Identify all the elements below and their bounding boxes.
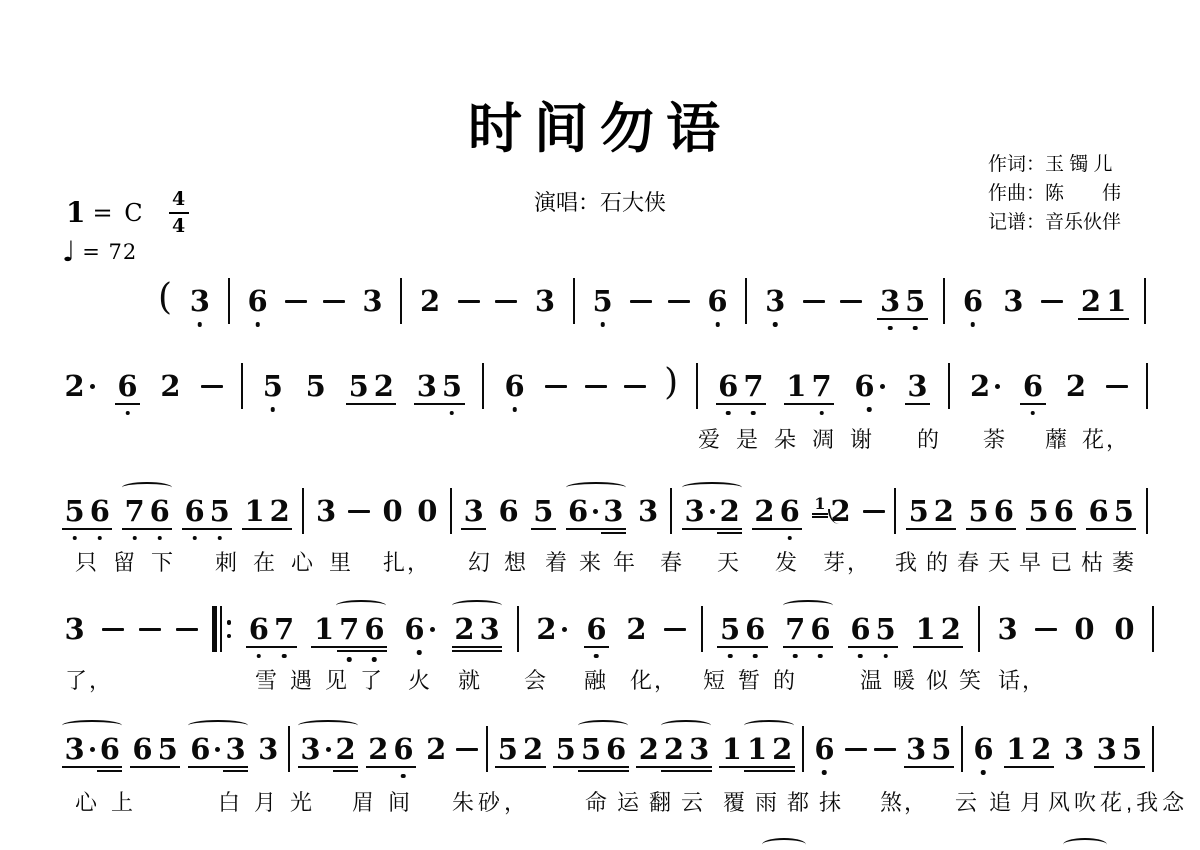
underline-eighth	[414, 403, 439, 405]
note-digit: 2	[941, 615, 961, 644]
note-digit: 3	[65, 615, 85, 644]
lyrics-line-4: 心上白月光眉间朱砂，命运翻云覆雨都抹煞，云追月风吹花,我念	[0, 786, 1200, 816]
note-digit: 2	[1031, 735, 1051, 764]
underline-eighth	[784, 403, 809, 405]
low-octave-dot	[913, 326, 918, 331]
note-group: 6	[971, 735, 996, 764]
note-digit: 5	[442, 372, 462, 401]
duration-dash	[1106, 385, 1128, 388]
note: 5	[207, 497, 232, 526]
low-octave-dot	[125, 411, 130, 416]
underline-eighth	[62, 766, 97, 768]
note: 2	[752, 497, 777, 526]
note-digit: 2	[639, 735, 659, 764]
note-group: 52	[906, 497, 956, 526]
note-group: 12	[812, 497, 853, 526]
note-group: 23	[452, 615, 502, 644]
low-octave-dot	[347, 657, 352, 662]
underline-sixteenth	[97, 770, 122, 772]
note-group: 0	[380, 497, 405, 526]
underline-eighth	[661, 766, 686, 768]
note-group: 17	[784, 372, 834, 401]
lyric-chunk: 我的春天早已枯萎	[895, 546, 1143, 577]
note-digit: 1	[314, 615, 334, 644]
underline-eighth	[1020, 403, 1045, 405]
note: 2	[636, 735, 661, 764]
barline	[400, 278, 402, 324]
low-octave-dot	[787, 536, 792, 541]
underline-eighth	[1026, 528, 1051, 530]
note: 5	[303, 372, 328, 401]
note-digit: 3	[258, 735, 278, 764]
note-digit: 2	[626, 615, 646, 644]
augmentation-dot	[326, 747, 331, 752]
barline	[978, 606, 980, 652]
duration-dash	[201, 385, 223, 388]
note: 3	[763, 287, 788, 316]
barline	[948, 363, 950, 409]
note: 2	[534, 615, 569, 644]
note-digit: 0	[1114, 615, 1134, 644]
duration-dash	[863, 510, 885, 513]
underline-eighth	[848, 646, 873, 648]
note-digit: 5	[263, 372, 283, 401]
lyric-chunk: 发	[775, 546, 797, 577]
duration-dash	[664, 628, 686, 631]
underline-sixteenth	[744, 770, 769, 772]
note-group: 3	[905, 372, 930, 401]
note: 3	[256, 735, 281, 764]
note: 6	[743, 615, 768, 644]
slur-arc	[682, 482, 742, 493]
slur-arc	[188, 720, 248, 731]
note: 6	[362, 615, 387, 644]
note-group: 2	[158, 372, 183, 401]
note: 1	[744, 735, 769, 764]
note-group: 3	[995, 615, 1020, 644]
lyric-chunk: 朱砂，	[452, 786, 530, 817]
note-digit: 6	[814, 735, 834, 764]
underline-eighth	[337, 646, 362, 648]
barline	[894, 488, 896, 534]
note-digit: 3	[603, 497, 623, 526]
note-group: 12	[1004, 735, 1054, 764]
note: 5	[873, 615, 898, 644]
note: 7	[809, 372, 834, 401]
note-digit: 7	[339, 615, 359, 644]
note-group: 3	[187, 287, 212, 316]
note-digit: 1	[244, 497, 264, 526]
lyric-chunk: 眉间	[352, 786, 424, 817]
lyric-chunk: 着来年	[545, 546, 647, 577]
note: 2	[333, 735, 358, 764]
low-octave-dot	[818, 654, 823, 659]
lyrics-line-3: 了，雪遇见了火就会融化，短暂的温暖似笑话，	[0, 664, 1200, 694]
underline-sixteenth	[687, 770, 712, 772]
note: 2	[424, 735, 449, 764]
note-group: 6	[402, 615, 437, 644]
underline-eighth	[267, 528, 292, 530]
note-group: 76	[783, 615, 833, 644]
note-digit: 3	[765, 287, 785, 316]
lyric-chunk: 只留下	[75, 546, 189, 577]
note-digit: 2	[831, 497, 851, 526]
note-digit: 1	[722, 735, 742, 764]
note: 2	[828, 497, 853, 526]
note: 6	[115, 372, 140, 401]
lyric-chunk: 煞，	[880, 786, 928, 817]
note: 3	[477, 615, 502, 644]
underline-eighth	[716, 403, 741, 405]
note-digit: 2	[65, 372, 85, 401]
underline-eighth	[604, 766, 629, 768]
underline-eighth	[741, 403, 766, 405]
lyric-chunk: 命运翻云	[585, 786, 713, 817]
note: 6	[87, 497, 112, 526]
note: 6	[496, 497, 521, 526]
note: 2	[661, 735, 686, 764]
note-digit: 6	[498, 497, 518, 526]
underline-eighth	[87, 528, 112, 530]
note-digit: 3	[316, 497, 336, 526]
note-digit: 6	[850, 615, 870, 644]
note: 3	[1001, 287, 1026, 316]
note-digit: 3	[1003, 287, 1023, 316]
note-digit: 1	[786, 372, 806, 401]
note-group: 3	[360, 287, 385, 316]
note: 3	[877, 287, 902, 316]
note-digit: 2	[160, 372, 180, 401]
augmentation-dot	[90, 747, 95, 752]
note-group: 3	[461, 497, 486, 526]
partial-slur-arc	[762, 838, 806, 850]
duration-dash	[624, 385, 646, 388]
repeat-thick-bar	[212, 606, 217, 652]
note: 2	[1063, 372, 1088, 401]
note: 3	[532, 287, 557, 316]
lyric-chunk: 火	[408, 664, 430, 695]
note-group: 223	[636, 735, 712, 764]
underline-eighth	[97, 766, 122, 768]
note-group: 35	[414, 372, 464, 401]
note-digit: 2	[1066, 372, 1086, 401]
note: 3	[414, 372, 439, 401]
note: 1	[784, 372, 809, 401]
note: 1	[1104, 287, 1129, 316]
note-digit: 5	[581, 735, 601, 764]
duration-dash	[495, 300, 517, 303]
note-group: 2	[534, 615, 569, 644]
lyric-chunk: 云追	[955, 786, 1023, 817]
low-octave-dot	[858, 654, 863, 659]
note: 3	[601, 497, 626, 526]
underline-eighth	[931, 528, 956, 530]
note-group: 5	[303, 372, 328, 401]
note-group: 26	[366, 735, 416, 764]
note-digit: 6	[718, 372, 738, 401]
underline-eighth	[770, 766, 795, 768]
note-digit: 2	[426, 735, 446, 764]
note-digit: 5	[498, 735, 518, 764]
note-group: 3	[532, 287, 557, 316]
duration-dash	[1035, 628, 1057, 631]
augmentation-dot	[880, 384, 885, 389]
note-digit: 1	[1006, 735, 1026, 764]
note-group: 65	[1086, 497, 1136, 526]
low-octave-dot	[981, 770, 986, 775]
note-digit: 5	[905, 287, 925, 316]
note-group: 6	[245, 287, 270, 316]
duration-dash	[456, 748, 478, 751]
underline-eighth	[1004, 766, 1029, 768]
note: 2	[520, 735, 545, 764]
note-group: 3	[314, 497, 339, 526]
lyric-chunk: 爱是朵凋谢	[698, 423, 888, 454]
note-group: 3	[636, 497, 661, 526]
note-group: 2	[62, 372, 97, 401]
note: 5	[1026, 497, 1051, 526]
duration-dash	[585, 385, 607, 388]
low-octave-dot	[819, 411, 824, 416]
music-line-4: 36717662326256766512300	[62, 600, 1154, 658]
note-group: 3	[1001, 287, 1026, 316]
lyric-chunk: 刺在心里	[215, 546, 367, 577]
note-digit: 6	[1089, 497, 1109, 526]
note-digit: 5	[969, 497, 989, 526]
note-digit: 0	[417, 497, 437, 526]
underline-eighth	[687, 766, 712, 768]
lyric-chunk: 花，	[1082, 423, 1130, 454]
note-digit: 6	[100, 735, 120, 764]
note-group: 5	[531, 497, 556, 526]
low-octave-dot	[773, 322, 778, 327]
note-group: 0	[1072, 615, 1097, 644]
lyric-chunk: 春	[660, 546, 682, 577]
note: 6	[147, 497, 172, 526]
note: 7	[271, 615, 296, 644]
underline-eighth	[115, 403, 140, 405]
note-group: 0	[415, 497, 440, 526]
underline-eighth	[682, 528, 717, 530]
note-digit: 6	[745, 615, 765, 644]
low-octave-dot	[257, 654, 262, 659]
note-group: 556	[553, 735, 629, 764]
barline	[241, 363, 243, 409]
note-digit: 6	[586, 615, 606, 644]
low-octave-dot	[450, 411, 455, 416]
note-digit: 2	[368, 735, 388, 764]
lyric-chunk: 覆雨都抹	[723, 786, 851, 817]
underline-eighth	[207, 528, 232, 530]
lyric-chunk: 会	[524, 664, 546, 695]
note-digit: 6	[994, 497, 1014, 526]
duration-dash	[630, 300, 652, 303]
slur-arc	[122, 482, 172, 493]
note: 5	[495, 735, 520, 764]
note-digit: 6	[606, 735, 626, 764]
underline-eighth	[182, 528, 207, 530]
barline	[670, 488, 672, 534]
note-digit: 6	[150, 497, 170, 526]
note-digit: 7	[124, 497, 144, 526]
underline-eighth	[1119, 766, 1144, 768]
low-octave-dot	[512, 407, 517, 412]
note-group: 5	[590, 287, 615, 316]
duration-dash	[102, 628, 124, 631]
note-group: 76	[122, 497, 172, 526]
note-group: 2	[624, 615, 649, 644]
duration-dash	[668, 300, 690, 303]
note: 6	[848, 615, 873, 644]
note: 6	[130, 735, 155, 764]
note: 5	[929, 735, 954, 764]
slur-arc	[661, 720, 711, 731]
barline	[1146, 488, 1148, 534]
note: 2	[62, 372, 97, 401]
underline-eighth	[531, 528, 556, 530]
partial-slur-arc	[1063, 838, 1107, 850]
note-digit: 2	[934, 497, 954, 526]
underline-eighth	[717, 528, 742, 530]
barline	[482, 363, 484, 409]
duration-dash	[176, 628, 198, 631]
duration-dash	[348, 510, 370, 513]
augmentation-dot	[430, 627, 435, 632]
augmentation-dot	[562, 627, 567, 632]
lyric-chunk: 温暖似笑	[860, 664, 992, 695]
note-digit: 6	[364, 615, 384, 644]
note-digit: 3	[362, 287, 382, 316]
underline-eighth	[929, 766, 954, 768]
barline	[517, 606, 519, 652]
sheet-music-page: 时间勿语 演唱：石大侠 作词：玉 镯 儿 作曲：陈 伟 记谱：音乐伙伴 1 = …	[0, 0, 1200, 850]
note-group: 3	[62, 615, 87, 644]
duration-dash	[874, 748, 896, 751]
note: 3	[314, 497, 339, 526]
note-digit: 6	[780, 497, 800, 526]
note-digit: 2	[772, 735, 792, 764]
note-digit: 5	[593, 287, 613, 316]
underline-eighth	[812, 513, 828, 515]
underline-sixteenth	[578, 770, 603, 772]
note: 5	[62, 497, 87, 526]
note-digit: 3	[906, 735, 926, 764]
note-digit: 5	[158, 735, 178, 764]
underline-eighth	[1051, 528, 1076, 530]
note: 6	[716, 372, 741, 401]
lyric-chunk: 融	[584, 664, 606, 695]
note: 6	[584, 615, 609, 644]
underline-eighth	[566, 528, 601, 530]
duration-dash	[803, 300, 825, 303]
note: 2	[158, 372, 183, 401]
note: 2	[770, 735, 795, 764]
barline	[486, 726, 488, 772]
note: 2	[452, 615, 477, 644]
note: 6	[97, 735, 122, 764]
underline-eighth	[346, 403, 371, 405]
underline-sixteenth	[477, 650, 502, 652]
note-group: 65	[130, 735, 180, 764]
note-digit: 5	[349, 372, 369, 401]
lyric-chunk: 蘼	[1045, 423, 1067, 454]
underline-eighth	[743, 646, 768, 648]
music-line-3: 5676651230036563332261252565665	[62, 482, 1148, 540]
underline-eighth	[991, 528, 1016, 530]
underline-eighth	[877, 318, 902, 320]
underline-sixteenth	[604, 770, 629, 772]
note-digit: 2	[270, 497, 290, 526]
note: 6	[566, 497, 601, 526]
note: 7	[337, 615, 362, 644]
note: 2	[267, 497, 292, 526]
slur-arc	[783, 600, 833, 611]
note: 7	[741, 372, 766, 401]
note-group: 6	[496, 497, 521, 526]
underline-sixteenth	[717, 532, 742, 534]
underline-eighth	[495, 766, 520, 768]
duration-dash	[285, 300, 307, 303]
lyric-chunk: 心上	[75, 786, 147, 817]
note-digit: 5	[210, 497, 230, 526]
repeat-dots	[227, 620, 232, 638]
low-octave-dot	[271, 407, 276, 412]
note: 2	[624, 615, 649, 644]
barline	[802, 726, 804, 772]
note-group: 6	[584, 615, 609, 644]
note: 6	[971, 735, 996, 764]
barline	[288, 726, 290, 772]
note-digit: 2	[536, 615, 556, 644]
note: 0	[1072, 615, 1097, 644]
low-octave-dot	[822, 770, 827, 775]
note-group: 35	[877, 287, 927, 316]
note-digit: 6	[90, 497, 110, 526]
note-digit: 0	[382, 497, 402, 526]
note: 3	[187, 287, 212, 316]
underline-eighth	[223, 766, 248, 768]
slur-arc	[298, 720, 358, 731]
repeat-dot	[227, 620, 232, 625]
note: 6	[1086, 497, 1111, 526]
note-group: 12	[242, 497, 292, 526]
note-digit: 7	[811, 372, 831, 401]
note-group: 65	[848, 615, 898, 644]
note: 6	[391, 735, 416, 764]
note-group: 63	[188, 735, 248, 764]
barline	[1146, 363, 1148, 409]
music-line-2: 2625552356)671763262	[62, 357, 1148, 415]
note-digit: 6	[707, 287, 727, 316]
note-group: 65	[182, 497, 232, 526]
note-group: 6	[852, 372, 887, 401]
lyric-chunk: 雪遇见了	[255, 664, 395, 695]
note: 6	[604, 735, 629, 764]
low-octave-dot	[971, 322, 976, 327]
barline	[943, 278, 945, 324]
note-digit: 6	[1054, 497, 1074, 526]
underline-eighth	[1029, 766, 1054, 768]
note: 6	[182, 497, 207, 526]
note-group: 6	[115, 372, 140, 401]
note: 2	[931, 497, 956, 526]
note: 5	[1119, 735, 1144, 764]
note: 1	[1004, 735, 1029, 764]
note-digit: 7	[274, 615, 294, 644]
note: 6	[852, 372, 887, 401]
note-group: 36	[62, 735, 122, 764]
note-digit: 6	[190, 735, 210, 764]
